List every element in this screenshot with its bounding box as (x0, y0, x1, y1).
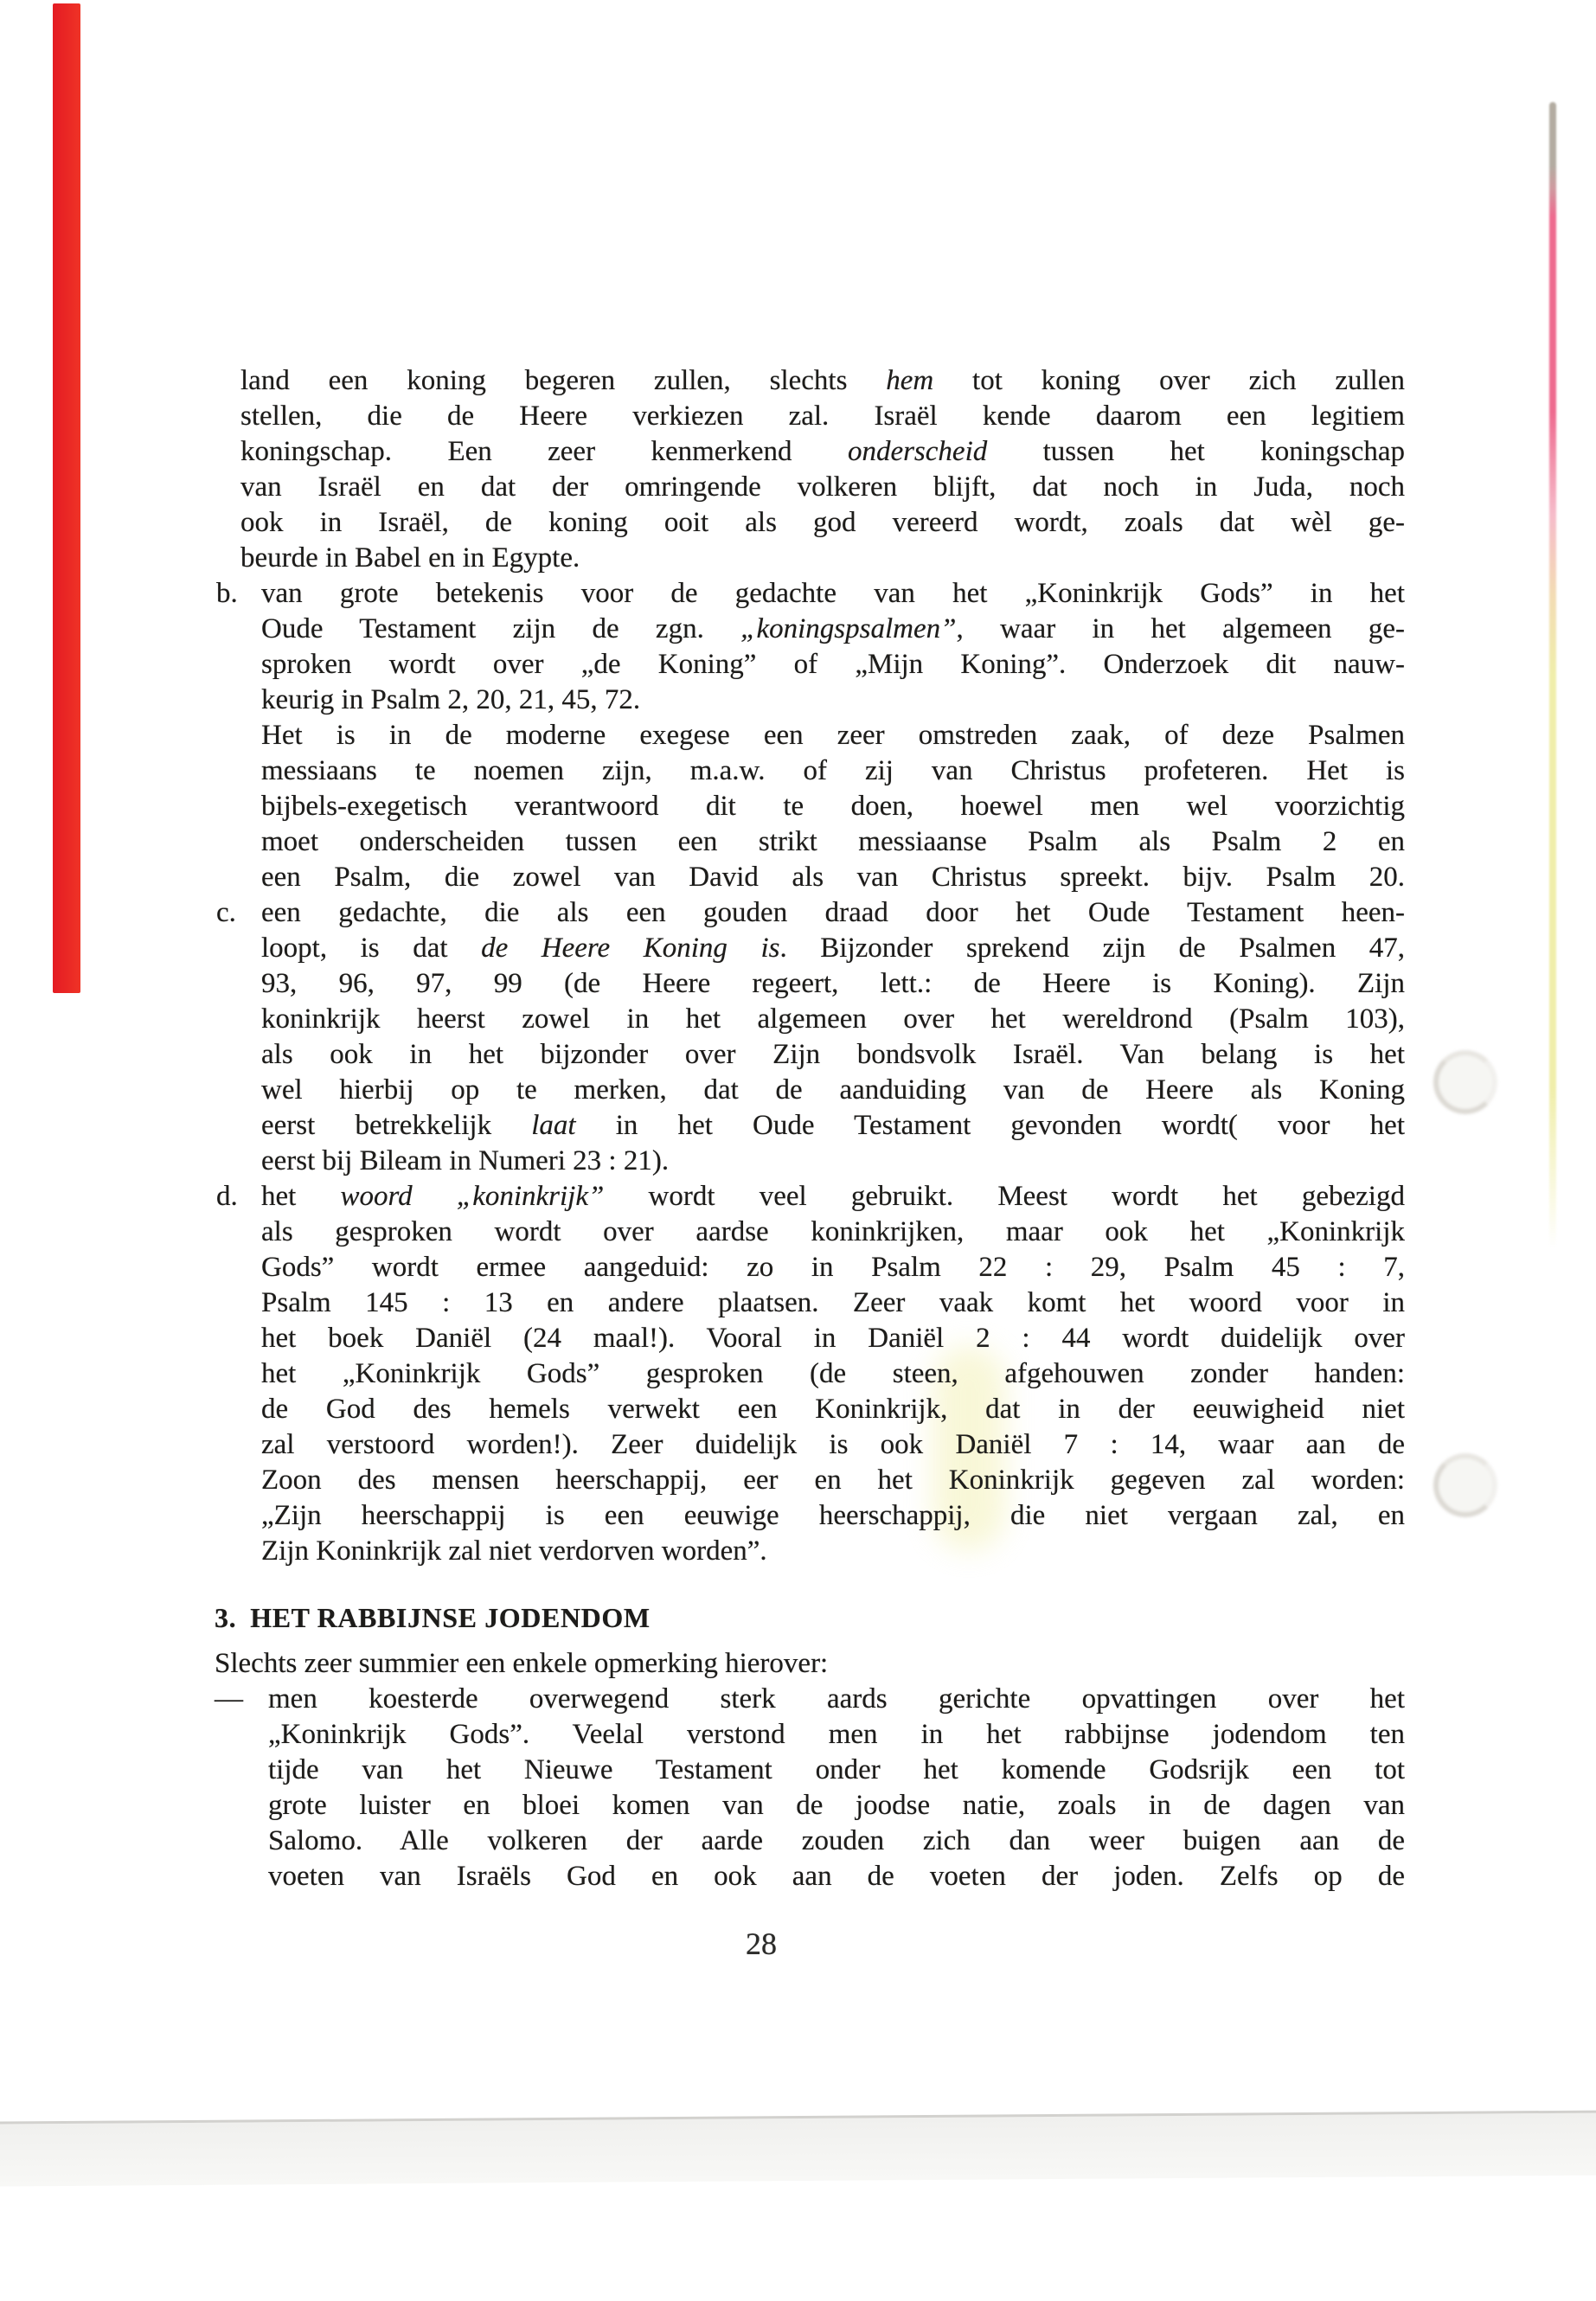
text-line: „Zijn heerschappij is een eeuwige heersc… (261, 1498, 1405, 1534)
text-line: tijde van het Nieuwe Testament onder het… (268, 1753, 1405, 1788)
text-line: moet onderscheiden tussen een strikt mes… (261, 824, 1405, 860)
list-marker: b. (216, 576, 238, 612)
text-line: een gedachte, die als een gouden draad d… (261, 895, 1405, 931)
section-heading: 3.HET RABBIJNSE JODENDOM (215, 1600, 1405, 1636)
text-line: grote luister en bloei komen van de jood… (268, 1788, 1405, 1823)
text-line: stellen, die de Heere verkiezen zal. Isr… (240, 399, 1405, 434)
page-number: 28 (746, 1926, 777, 1962)
list-marker: — (215, 1682, 243, 1717)
text-line: koninkrijk heerst zowel in het algemeen … (261, 1002, 1405, 1037)
text-line: 93, 96, 97, 99 (de Heere regeert, lett.:… (261, 966, 1405, 1002)
text-line: als ook in het bijzonder over Zijn bonds… (261, 1037, 1405, 1073)
red-marker-strip (53, 3, 80, 993)
text-line: Slechts zeer summier een enkele opmerkin… (215, 1646, 1405, 1682)
list-item-c: c.een gedachte, die als een gouden draad… (215, 895, 1405, 1179)
text-line: het „Koninkrijk Gods” gesproken (de stee… (261, 1356, 1405, 1392)
text-line: koningschap. Een zeer kenmerkend ondersc… (240, 434, 1405, 470)
list-item-b: b.van grote betekenis voor de gedachte v… (215, 576, 1405, 895)
dash-item: —men koesterde overwegend sterk aards ge… (215, 1682, 1405, 1894)
text-line: eerst bij Bileam in Numeri 23 : 21). (261, 1144, 1405, 1179)
text-line: van Israël en dat der omringende volkere… (240, 470, 1405, 505)
section-intro: Slechts zeer summier een enkele opmerkin… (215, 1646, 1405, 1682)
text-line: sproken wordt over „de Koning” of „Mijn … (261, 647, 1405, 683)
text-line: een Psalm, die zowel van David als van C… (261, 860, 1405, 895)
text-line: Gods” wordt ermee aangeduid: zo in Psalm… (261, 1250, 1405, 1285)
text-line: beurde in Babel en in Egypte. (240, 541, 1405, 576)
text-line: het woord „koninkrijk” wordt veel gebrui… (261, 1179, 1405, 1215)
list-marker: c. (216, 895, 236, 931)
binder-ring (1433, 1453, 1497, 1517)
text-line: Salomo. Alle volkeren der aarde zouden z… (268, 1823, 1405, 1859)
section-title: HET RABBIJNSE JODENDOM (250, 1602, 650, 1633)
section-number: 3. (215, 1602, 236, 1633)
text-line: het boek Daniël (24 maal!). Vooral in Da… (261, 1321, 1405, 1356)
text-line: zal verstoord worden!). Zeer duidelijk i… (261, 1427, 1405, 1463)
list-item-d: d.het woord „koninkrijk” wordt veel gebr… (215, 1179, 1405, 1569)
text-line: land een koning begeren zullen, slechts … (240, 363, 1405, 399)
text-line: wel hierbij op te merken, dat de aanduid… (261, 1073, 1405, 1108)
text-line: messiaans te noemen zijn, m.a.w. of zij … (261, 753, 1405, 789)
text-line: Zijn Koninkrijk zal niet verdorven worde… (261, 1534, 1405, 1569)
text-line: eerst betrekkelijk laat in het Oude Test… (261, 1108, 1405, 1144)
intro-paragraph: land een koning begeren zullen, slechts … (215, 363, 1405, 576)
text-line: bijbels-exegetisch verantwoord dit te do… (261, 789, 1405, 824)
text-line: loopt, is dat de Heere Koning is. Bijzon… (261, 931, 1405, 966)
text-line: men koesterde overwegend sterk aards ger… (268, 1682, 1405, 1717)
scanned-book-page: { "page": { "number": "28", "blocks": [ … (0, 0, 1596, 2301)
text-line: Oude Testament zijn de zgn. „koningspsal… (261, 612, 1405, 647)
text-line: voeten van Israëls God en ook aan de voe… (268, 1859, 1405, 1894)
text-line: Psalm 145 : 13 en andere plaatsen. Zeer … (261, 1285, 1405, 1321)
text-line: Het is in de moderne exegese een zeer om… (261, 718, 1405, 753)
text-line: „Koninkrijk Gods”. Veelal verstond men i… (268, 1717, 1405, 1753)
text-line: van grote betekenis voor de gedachte van… (261, 576, 1405, 612)
bottom-scan-band (0, 2110, 1596, 2186)
text-line: ook in Israël, de koning ooit als god ve… (240, 505, 1405, 541)
list-marker: d. (216, 1179, 238, 1215)
text-line: als gesproken wordt over aardse koninkri… (261, 1215, 1405, 1250)
text-line: de God des hemels verwekt een Koninkrijk… (261, 1392, 1405, 1427)
text-line: Zoon des mensen heerschappij, eer en het… (261, 1463, 1405, 1498)
text-line: keurig in Psalm 2, 20, 21, 45, 72. (261, 683, 1405, 718)
binder-ring (1433, 1050, 1497, 1114)
scan-edge-color-line (1549, 102, 1556, 1248)
text-column: land een koning begeren zullen, slechts … (215, 363, 1405, 1894)
